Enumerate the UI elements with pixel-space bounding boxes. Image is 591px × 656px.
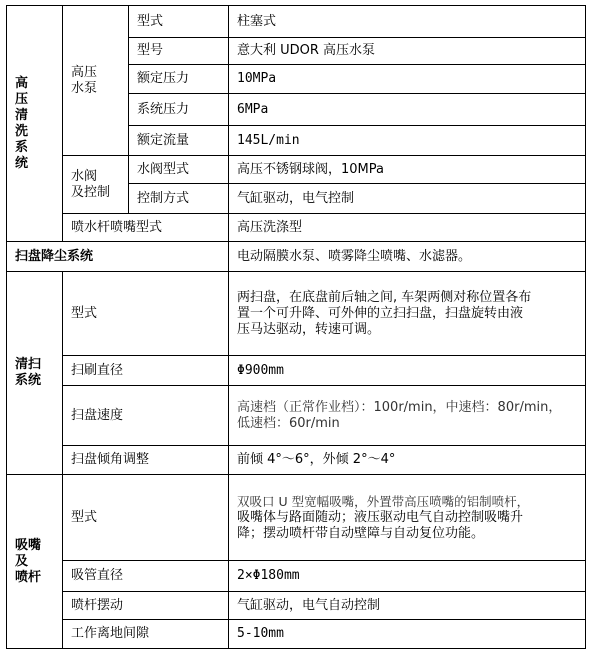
param-value: 高压洗涤型 — [229, 214, 586, 242]
param-name: 扫盘速度 — [63, 386, 229, 446]
param-name: 扫刷直径 — [63, 356, 229, 386]
param-name: 喷水杆喷嘴型式 — [63, 214, 229, 242]
label-line: 水阀 — [71, 169, 128, 185]
system-label-high-pressure: 高 压 清 洗 系 统 — [7, 6, 63, 242]
param-value: 气缸驱动，电气自动控制 — [229, 592, 586, 620]
value-line: 降；摆动喷杆带自动壁障与自动复位功能。 — [237, 526, 585, 542]
param-name: 额定压力 — [129, 65, 229, 94]
param-value: 电动隔膜水泵、喷雾降尘喷嘴、水滤器。 — [229, 242, 586, 272]
value-line: 压马达驱动，转速可调。 — [237, 322, 585, 338]
param-name: 额定流量 — [129, 126, 229, 156]
param-value: 气缸驱动，电气控制 — [229, 184, 586, 214]
value-line: 双吸口 U 型宽幅吸嘴，外置带高压喷嘴的铝制喷杆， — [237, 494, 585, 510]
table-row: 吸管直径 2×Φ180mm — [7, 561, 586, 592]
param-name: 水阀型式 — [129, 156, 229, 184]
param-value: 10MPa — [229, 65, 586, 94]
param-name: 型号 — [129, 38, 229, 65]
subsystem-label-valve: 水阀 及控制 — [63, 156, 129, 214]
param-value: 145L/min — [229, 126, 586, 156]
table-row: 喷杆摆动 气缸驱动，电气自动控制 — [7, 592, 586, 620]
label-char: 洗 — [15, 124, 62, 140]
value-line: 高速档（正常作业档）：100r/min，中速档：80r/min， — [237, 400, 585, 416]
label-char: 系 — [15, 140, 62, 156]
label-line: 吸嘴 — [15, 538, 62, 554]
table-row: 清扫 系统 型式 两扫盘，在底盘前后轴之间, 车架两侧对称位置各布 置一个可升降… — [7, 272, 586, 356]
param-value: 高速档（正常作业档）：100r/min，中速档：80r/min， 低速档：60r… — [229, 386, 586, 446]
param-name: 控制方式 — [129, 184, 229, 214]
param-value: 柱塞式 — [229, 6, 586, 38]
system-label-sweep: 清扫 系统 — [7, 272, 63, 475]
label-char: 清 — [15, 108, 62, 124]
label-line: 水泵 — [71, 81, 128, 97]
param-name: 型式 — [63, 475, 229, 561]
param-value: 6MPa — [229, 94, 586, 126]
table-row: 扫刷直径 Φ900mm — [7, 356, 586, 386]
label-line: 及 — [15, 554, 62, 570]
system-label-suction: 吸嘴 及 喷杆 — [7, 475, 63, 649]
table-row: 吸嘴 及 喷杆 型式 双吸口 U 型宽幅吸嘴，外置带高压喷嘴的铝制喷杆， 吸嘴体… — [7, 475, 586, 561]
label-line: 及控制 — [71, 185, 128, 201]
label-line: 清扫 — [15, 357, 62, 373]
value-line: 置一个可升降、可外伸的立扫扫盘，扫盘旋转由液 — [237, 306, 585, 322]
label-line: 系统 — [15, 373, 62, 389]
table-row: 高 压 清 洗 系 统 高压 水泵 型式 柱塞式 — [7, 6, 586, 38]
label-line: 喷杆 — [15, 570, 62, 586]
spec-table: 高 压 清 洗 系 统 高压 水泵 型式 柱塞式 型号 意大利 UDOR 高压水… — [6, 5, 586, 649]
label-char: 压 — [15, 92, 62, 108]
param-name: 扫盘倾角调整 — [63, 446, 229, 475]
param-value: 2×Φ180mm — [229, 561, 586, 592]
param-value: 双吸口 U 型宽幅吸嘴，外置带高压喷嘴的铝制喷杆， 吸嘴体与路面随动；液压驱动电… — [229, 475, 586, 561]
param-name: 系统压力 — [129, 94, 229, 126]
param-name: 工作离地间隙 — [63, 620, 229, 649]
param-name: 吸管直径 — [63, 561, 229, 592]
subsystem-label-pump: 高压 水泵 — [63, 6, 129, 156]
table-row: 水阀 及控制 水阀型式 高压不锈钢球阀，10MPa — [7, 156, 586, 184]
param-value: 两扫盘，在底盘前后轴之间, 车架两侧对称位置各布 置一个可升降、可外伸的立扫扫盘… — [229, 272, 586, 356]
param-value: Φ900mm — [229, 356, 586, 386]
param-name: 型式 — [63, 272, 229, 356]
value-line: 低速档：60r/min — [237, 416, 585, 432]
table-row: 扫盘速度 高速档（正常作业档）：100r/min，中速档：80r/min， 低速… — [7, 386, 586, 446]
param-name: 型式 — [129, 6, 229, 38]
label-char: 高 — [15, 76, 62, 92]
param-name: 喷杆摆动 — [63, 592, 229, 620]
system-label-dust: 扫盘降尘系统 — [7, 242, 229, 272]
param-value: 前倾 4°～6°，外倾 2°～4° — [229, 446, 586, 475]
label-line: 高压 — [71, 65, 128, 81]
table-row: 扫盘倾角调整 前倾 4°～6°，外倾 2°～4° — [7, 446, 586, 475]
table-row: 工作离地间隙 5-10mm — [7, 620, 586, 649]
table-row: 喷水杆喷嘴型式 高压洗涤型 — [7, 214, 586, 242]
table-row: 扫盘降尘系统 电动隔膜水泵、喷雾降尘喷嘴、水滤器。 — [7, 242, 586, 272]
label-char: 统 — [15, 156, 62, 172]
param-value: 5-10mm — [229, 620, 586, 649]
value-line: 吸嘴体与路面随动；液压驱动电气自动控制吸嘴升 — [237, 510, 585, 526]
param-value: 高压不锈钢球阀，10MPa — [229, 156, 586, 184]
param-value: 意大利 UDOR 高压水泵 — [229, 38, 586, 65]
value-line: 两扫盘，在底盘前后轴之间, 车架两侧对称位置各布 — [237, 290, 585, 306]
